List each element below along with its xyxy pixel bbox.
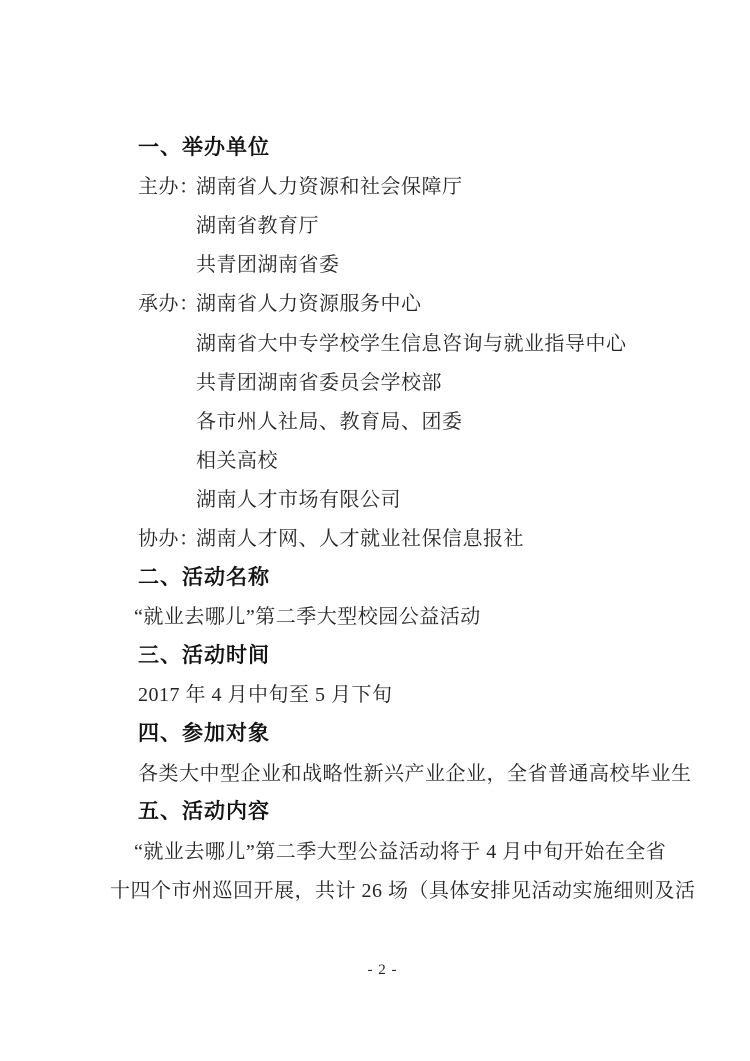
organizer-item-2-line: 湖南省大中专学校学生信息咨询与就业指导中心 bbox=[196, 321, 670, 360]
organizer-label: 承办： bbox=[138, 287, 196, 316]
coorganizer-item-1: 湖南人才网、人才就业社保信息报社 bbox=[196, 522, 524, 551]
organizer-item-5: 相关高校 bbox=[196, 444, 278, 473]
document-page: 一、举办单位 主办： 湖南省人力资源和社会保障厅 湖南省教育厅 共青团湖南省委 … bbox=[0, 0, 750, 1061]
section5-body-line-1: “就业去哪儿”第二季大型公益活动将于 4 月中旬开始在全省 bbox=[134, 830, 670, 869]
host-line: 主办： 湖南省人力资源和社会保障厅 bbox=[138, 165, 670, 204]
page-number-footer: - 2 - bbox=[110, 962, 655, 979]
coorganizer-label: 协办： bbox=[138, 522, 196, 551]
section4-body-line: 各类大中型企业和战略性新兴产业企业，全省普通高校毕业生 bbox=[138, 752, 670, 791]
organizer-item-2: 湖南省大中专学校学生信息咨询与就业指导中心 bbox=[196, 327, 627, 356]
section4-heading: 四、参加对象 bbox=[138, 712, 670, 751]
host-item-3-line: 共青团湖南省委 bbox=[196, 243, 670, 282]
host-item-3: 共青团湖南省委 bbox=[196, 248, 340, 277]
organizer-item-6: 湖南人才市场有限公司 bbox=[196, 483, 401, 512]
organizer-line: 承办： 湖南省人力资源服务中心 bbox=[138, 282, 670, 321]
section2-heading: 二、活动名称 bbox=[138, 556, 670, 595]
section1-heading-text: 一、举办单位 bbox=[138, 131, 270, 161]
section2-body-text: “就业去哪儿”第二季大型校园公益活动 bbox=[134, 600, 481, 629]
organizer-item-3: 共青团湖南省委员会学校部 bbox=[196, 366, 442, 395]
section5-heading: 五、活动内容 bbox=[138, 791, 670, 830]
host-item-2: 湖南省教育厅 bbox=[196, 209, 319, 238]
section5-body-text-1: “就业去哪儿”第二季大型公益活动将于 4 月中旬开始在全省 bbox=[134, 835, 666, 864]
section4-heading-text: 四、参加对象 bbox=[138, 717, 270, 747]
organizer-item-5-line: 相关高校 bbox=[196, 439, 670, 478]
section3-heading-text: 三、活动时间 bbox=[138, 639, 270, 669]
document-body: 一、举办单位 主办： 湖南省人力资源和社会保障厅 湖南省教育厅 共青团湖南省委 … bbox=[110, 126, 670, 908]
host-item-1: 湖南省人力资源和社会保障厅 bbox=[196, 170, 463, 199]
organizer-item-6-line: 湖南人才市场有限公司 bbox=[196, 478, 670, 517]
host-item-2-line: 湖南省教育厅 bbox=[196, 204, 670, 243]
section1-heading: 一、举办单位 bbox=[138, 126, 670, 165]
section5-body-line-2: 十四个市州巡回开展，共计 26 场（具体安排见活动实施细则及活 bbox=[110, 869, 670, 908]
host-label: 主办： bbox=[138, 170, 196, 199]
section3-heading: 三、活动时间 bbox=[138, 634, 670, 673]
section2-body-line: “就业去哪儿”第二季大型校园公益活动 bbox=[134, 595, 670, 634]
section3-body-line: 2017 年 4 月中旬至 5 月下旬 bbox=[138, 673, 670, 712]
organizer-item-4-line: 各市州人社局、教育局、团委 bbox=[196, 400, 670, 439]
organizer-item-1: 湖南省人力资源服务中心 bbox=[196, 287, 422, 316]
section3-body-text: 2017 年 4 月中旬至 5 月下旬 bbox=[138, 678, 393, 707]
section5-body-text-2: 十四个市州巡回开展，共计 26 场（具体安排见活动实施细则及活 bbox=[110, 874, 696, 903]
section5-heading-text: 五、活动内容 bbox=[138, 795, 270, 825]
section2-heading-text: 二、活动名称 bbox=[138, 561, 270, 591]
section4-body-text: 各类大中型企业和战略性新兴产业企业，全省普通高校毕业生 bbox=[138, 757, 692, 786]
coorganizer-line: 协办： 湖南人才网、人才就业社保信息报社 bbox=[138, 517, 670, 556]
page-number: - 2 - bbox=[368, 962, 398, 978]
organizer-item-4: 各市州人社局、教育局、团委 bbox=[196, 405, 463, 434]
organizer-item-3-line: 共青团湖南省委员会学校部 bbox=[196, 361, 670, 400]
